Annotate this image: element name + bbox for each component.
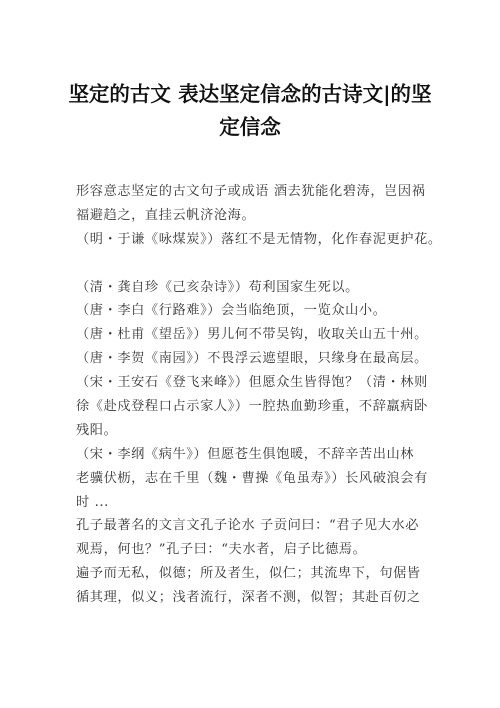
body-line: （清・龚自珍《己亥杂诗》）苟利国家生死以。 [76, 276, 486, 300]
document-page: 坚定的古文 表达坚定信念的古诗文|的坚 定信念 形容意志坚定的古文句子或成语 酒… [0, 0, 500, 708]
body-line: （明・于谦《咏煤炭》）落红不是无情物，化作春泥更护花。 [76, 228, 486, 252]
body-line: 老骥伏枥，志在千里（魏・曹操《龟虽寿》）长风破浪会有 [76, 467, 486, 491]
body-line: 遍予而无私，似德；所及者生，似仁；其流卑下，句倨皆 [76, 562, 486, 586]
title-line-2: 定信念 [40, 111, 460, 144]
body-line: 时 ... [76, 491, 486, 515]
document-body: 形容意志坚定的古文句子或成语 酒去犹能化碧涛，岂因祸 福避趋之，直挂云帆济沧海。… [76, 180, 486, 610]
title-line-1: 坚定的古文 表达坚定信念的古诗文|的坚 [40, 78, 460, 111]
body-line: 徐《赴戍登程口占示家人》）一腔热血勤珍重，不辞羸病卧 [76, 395, 486, 419]
paragraph-gap [76, 252, 486, 276]
body-line: （宋・王安石《登飞来峰》）但愿众生皆得饱？（清・林则 [76, 371, 486, 395]
body-line: 福避趋之，直挂云帆济沧海。 [76, 204, 486, 228]
body-line: 观焉，何也？”孔子曰：“夫水者，启子比德焉。 [76, 538, 486, 562]
body-line: （宋・李纲《病牛》）但愿苍生俱饱暖，不辞辛苦出山林 [76, 443, 486, 467]
body-line: 形容意志坚定的古文句子或成语 酒去犹能化碧涛，岂因祸 [76, 180, 486, 204]
body-line: 残阳。 [76, 419, 486, 443]
document-title: 坚定的古文 表达坚定信念的古诗文|的坚 定信念 [40, 78, 460, 144]
body-line: 孔子最著名的文言文孔子论水 子贡问曰：“君子见大水必 [76, 514, 486, 538]
body-line: 循其理，似义；浅者流行，深者不测，似智；其赴百仞之 [76, 586, 486, 610]
body-line: （唐・李白《行路难》）会当临绝顶，一览众山小。 [76, 299, 486, 323]
body-line: （唐・李贺《南园》）不畏浮云遮望眼，只缘身在最高层。 [76, 347, 486, 371]
body-line: （唐・杜甫《望岳》）男儿何不带吴钩，收取关山五十州。 [76, 323, 486, 347]
